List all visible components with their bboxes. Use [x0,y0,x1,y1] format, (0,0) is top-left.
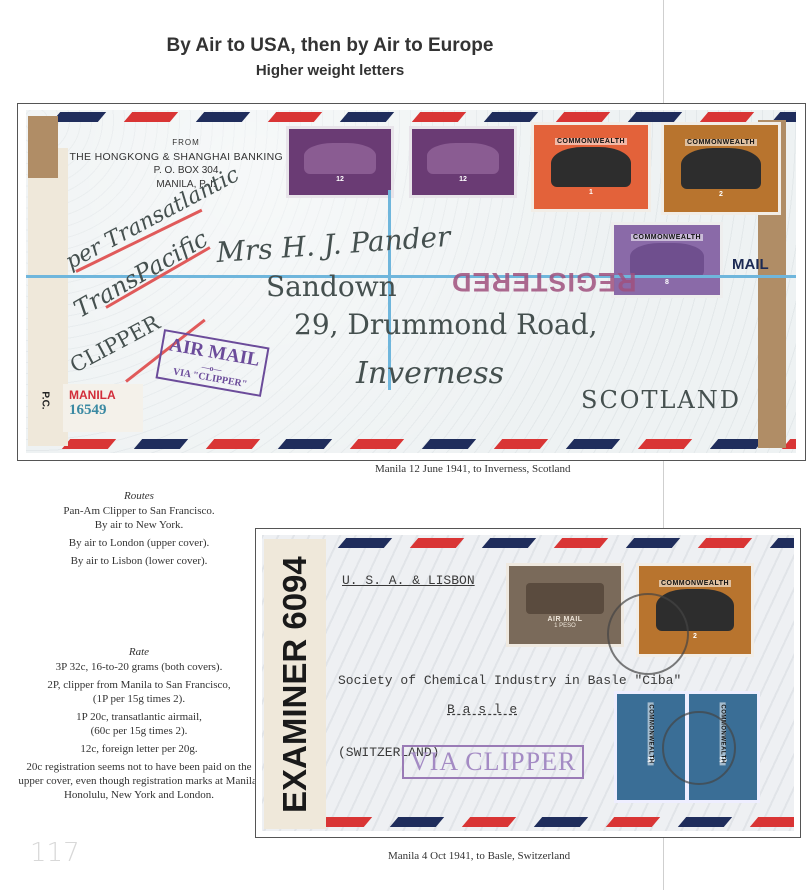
sender-name: THE HONGKONG & SHANGHAI BANKING CO [61,150,311,164]
address-line-name: Mrs H. J. Pander [215,220,451,269]
airmail-border-bottom [66,439,796,449]
rate-line: 2P, clipper from Manila to San Francisco… [15,678,263,692]
rate-line: (60c per 15g times 2). [15,724,263,738]
rate-line: 1P 20c, transatlantic airmail, [15,710,263,724]
upper-cover-frame: FROM THE HONGKONG & SHANGHAI BANKING CO … [17,103,806,461]
airmail-border-top [56,112,796,122]
manila-postmark [607,593,689,675]
upper-cover: FROM THE HONGKONG & SHANGHAI BANKING CO … [26,110,796,453]
address-line-house: Sandown [266,270,397,303]
lower-cover-caption: Manila 4 Oct 1941, to Basle, Switzerland [388,850,570,862]
registration-number: 16549 [69,402,137,419]
pencil-page-number: 117 [30,838,80,868]
route-line-usa-lisbon: U. S. A. & LISBON [342,573,475,588]
registration-city: MANILA [69,388,137,402]
rate-line: 3P 32c, 16-to-20 grams (both covers). [15,660,263,674]
routes-line: Pan-Am Clipper to San Francisco. [15,504,263,518]
stamp-2p-brown: COMMONWEALTH 2 [661,122,781,215]
rate-line: 20c registration seems not to have been … [15,760,263,802]
airmail-label-mail: MAIL [732,256,769,273]
registration-label: MANILA 16549 [63,384,143,432]
routes-line: By air to London (upper cover). [15,536,263,550]
manila-postmark [662,711,736,785]
address-line-city: B a s l e [447,702,517,717]
stamp-12c-purple: 12 [286,126,394,198]
sender-return-address: FROM THE HONGKONG & SHANGHAI BANKING CO … [61,136,311,192]
address-line-street: 29, Drummond Road, [294,308,598,341]
sender-box: P. O. BOX 304 [61,164,311,178]
registered-handstamp: REGISTERED [451,266,637,297]
lower-cover-frame: EXAMINER 6094 U. S. A. & LISBON AIR MAIL… [255,528,801,838]
brown-tape-top-left [28,116,58,178]
rate-heading: Rate [15,645,263,659]
airmail-border-top [342,538,794,548]
examiner-6094-label: EXAMINER 6094 [276,556,314,813]
page-title: By Air to USA, then by Air to Europe [0,35,660,57]
rate-note: Rate 3P 32c, 16-to-20 grams (both covers… [15,645,263,806]
address-line-company: Society of Chemical Industry in Basle "C… [338,673,681,688]
airmail-via-clipper-handstamp: AIR MAIL —o— VIA "CLIPPER" [155,329,269,397]
routes-line: By air to Lisbon (lower cover). [15,554,263,568]
lower-cover: EXAMINER 6094 U. S. A. & LISBON AIR MAIL… [262,535,794,831]
censor-mark-pc: P.C. [40,391,51,409]
upper-cover-caption: Manila 12 June 1941, to Inverness, Scotl… [375,463,571,475]
address-line-city: Inverness [356,356,504,391]
via-clipper-handstamp: VIA CLIPPER [402,745,584,779]
routes-note: Routes Pan-Am Clipper to San Francisco. … [15,489,263,572]
airmail-border-bottom [322,817,794,827]
rate-line: 12c, foreign letter per 20g. [15,742,263,756]
stamp-1p-orange: COMMONWEALTH 1 [531,122,651,212]
routes-line: By air to New York. [15,518,263,532]
routes-heading: Routes [15,489,263,503]
page-subtitle: Higher weight letters [0,62,660,79]
address-line-country: SCOTLAND [581,386,741,414]
stamp-12c-purple: 12 [409,126,517,198]
rate-line: (1P per 15g times 2). [15,692,263,706]
sender-from-label: FROM [61,136,311,150]
